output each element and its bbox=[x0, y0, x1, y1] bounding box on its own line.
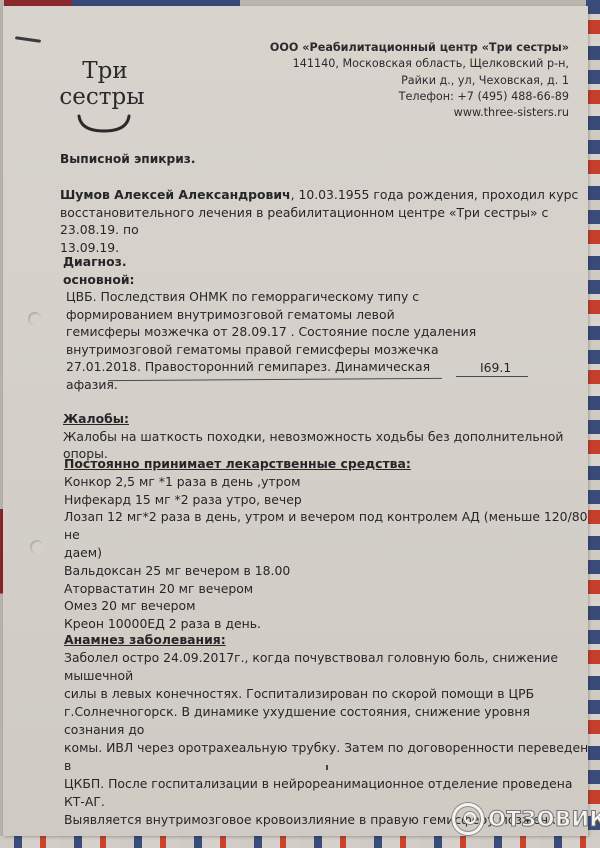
organization-website: www.three-sisters.ru bbox=[270, 105, 569, 121]
page-mark bbox=[326, 765, 328, 770]
diagnosis-line: ЦВБ. Последствия ОНМК по геморрагическом… bbox=[66, 288, 533, 306]
background-fabric-bottom bbox=[0, 836, 600, 848]
icd-underline bbox=[456, 376, 528, 377]
organization-header: ООО «Реабилитационный центр «Три сестры»… bbox=[270, 40, 569, 121]
watermark: ОТЗОВИК bbox=[452, 803, 600, 835]
otzovik-ring-icon bbox=[452, 803, 484, 835]
logo: Три сестры bbox=[63, 58, 153, 134]
organization-phone: Телефон: +7 (495) 488-66-89 bbox=[270, 89, 569, 105]
punch-hole-icon bbox=[30, 540, 44, 554]
punch-hole-icon bbox=[28, 312, 42, 326]
medication-item: Вальдоксан 25 мг вечером в 18.00 bbox=[64, 562, 589, 580]
medications-section: Постоянно принимает лекарственные средст… bbox=[64, 455, 589, 633]
diagnosis-line: гемисферы мозжечка от 28.09.17 . Состоян… bbox=[66, 323, 533, 341]
anamnesis-line: Заболел остро 24.09.2017г., когда почувс… bbox=[64, 649, 589, 685]
organization-address-line2: Райки д., ул, Чеховская, д. 1 bbox=[270, 73, 569, 89]
medications-heading: Постоянно принимает лекарственные средст… bbox=[64, 455, 589, 473]
medication-item: Аторвастатин 20 мг вечером bbox=[64, 580, 589, 598]
medication-item: Омез 20 мг вечером bbox=[64, 597, 589, 615]
diagnosis-line: внутримозговой гематомы правой гемисферы… bbox=[66, 341, 533, 359]
diagnosis-line: 27.01.2018. Правосторонний гемипарез. Ди… bbox=[66, 358, 533, 376]
anamnesis-heading: Анамнез заболевания: bbox=[64, 631, 589, 649]
document-title: Выписной эпикриз. bbox=[60, 152, 196, 166]
patient-name: Шумов Алексей Александрович bbox=[60, 187, 291, 202]
diagnosis-heading: Диагноз. bbox=[63, 253, 533, 271]
diagnosis-line: формированием внутримозговой гематомы ле… bbox=[66, 306, 533, 324]
complaints-heading: Жалобы: bbox=[63, 410, 588, 428]
diagnosis-text: ЦВБ. Последствия ОНМК по геморрагическом… bbox=[63, 288, 533, 393]
logo-text-line2: сестры bbox=[51, 84, 153, 110]
anamnesis-line: г.Солнечногорск. В динамике ухудшение со… bbox=[64, 703, 589, 739]
anamnesis-section: Анамнез заболевания: Заболел остро 24.09… bbox=[64, 631, 589, 829]
logo-text-line1: Три bbox=[57, 58, 153, 84]
patient-info: Шумов Алексей Александрович, 10.03.1955 … bbox=[60, 186, 590, 256]
icd-code: I69.1 bbox=[480, 360, 511, 375]
medication-item: Лозап 12 мг*2 раза в день, утром и вечер… bbox=[64, 508, 589, 544]
watermark-text: ОТЗОВИК bbox=[488, 807, 600, 831]
patient-info-line2: восстановительного лечения в реабилитаци… bbox=[60, 204, 590, 239]
medication-item: Конкор 2,5 мг *1 раза в день ,утром bbox=[64, 473, 589, 491]
medication-item: Нифекард 15 мг *2 раза утро, вечер bbox=[64, 491, 589, 509]
organization-name: ООО «Реабилитационный центр «Три сестры» bbox=[270, 40, 569, 56]
diagnosis-section: Диагноз. основной: ЦВБ. Последствия ОНМК… bbox=[63, 253, 533, 393]
smile-arc-icon bbox=[75, 112, 133, 134]
patient-info-line1: , 10.03.1955 года рождения, проходил кур… bbox=[291, 187, 579, 202]
diagnosis-subheading: основной: bbox=[63, 271, 533, 289]
organization-address-line1: 141140, Московская область, Щелковский р… bbox=[270, 56, 569, 72]
anamnesis-line: силы в левых конечностях. Госпитализиров… bbox=[64, 685, 589, 703]
medication-item: даем) bbox=[64, 544, 589, 562]
